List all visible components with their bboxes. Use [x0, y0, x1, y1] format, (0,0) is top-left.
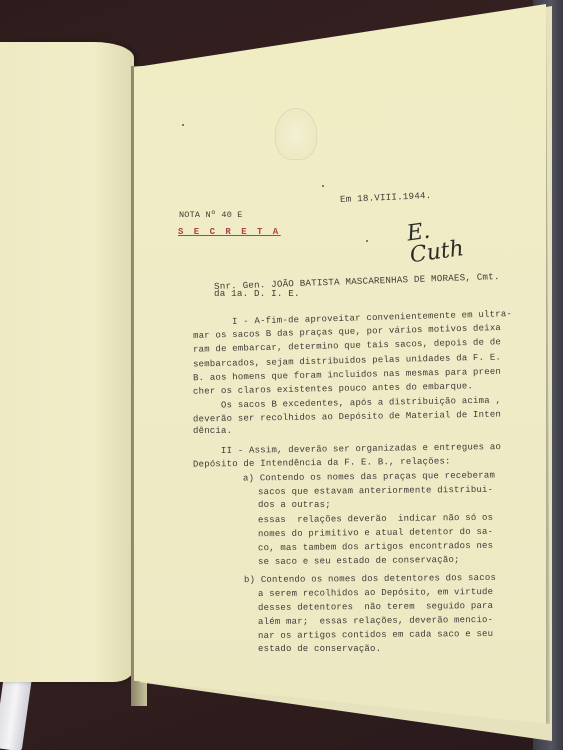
- item-b-line: a serem recolhidos ao Depósito, em virtu…: [258, 588, 493, 599]
- item-a-line: se saco e seu estado de conservação;: [258, 556, 460, 567]
- item-a-line: sacos que estavam anteriormente distribu…: [258, 486, 493, 497]
- paragraph-II-line: Depósito de Intendência da F. E. B., rel…: [193, 457, 451, 469]
- classification-stamp: S E C R E T A: [178, 228, 281, 237]
- item-b-line: b) Contendo os nomes dos detentores dos …: [244, 574, 496, 585]
- paragraph-I-line: deverão ser recolhidos ao Depósito de Ma…: [193, 411, 501, 425]
- item-a-line: dos a outras;: [258, 501, 331, 510]
- document-reference: NOTA Nº 40 E: [179, 211, 243, 220]
- item-b-line: desses detentores não terem seguido para: [258, 602, 493, 613]
- paragraph-II-line: II - Assim, deverão ser organizadas e en…: [221, 443, 501, 456]
- ink-speck: [366, 240, 368, 242]
- item-a-line: nomes do primitivo e atual detentor do s…: [258, 528, 493, 539]
- item-a-line: a) Contendo os nomes das praças que rece…: [243, 471, 495, 483]
- ink-speck: [322, 185, 324, 187]
- paragraph-I-line: dência.: [193, 427, 232, 436]
- handwritten-signature: E. Cuth: [406, 213, 491, 264]
- item-a-line: essas relações deverão indicar não só os: [258, 514, 493, 525]
- item-b-line: estado de conservação.: [258, 645, 381, 654]
- item-b-line: além mar; essas relações, deverão mencio…: [258, 616, 493, 627]
- paragraph-I-line: cher os claros existentes pouco antes do…: [193, 382, 473, 396]
- paragraph-I-line: ram de embarcar, determino que tais saco…: [193, 338, 501, 355]
- item-b-line: nar os artigos contidos em cada saco e s…: [258, 630, 493, 641]
- ink-speck: [182, 124, 184, 126]
- paragraph-I-line: Os sacos B excedentes, após a distribuiç…: [221, 397, 501, 411]
- document-date: Em 18.VIII.1944.: [340, 191, 432, 204]
- typewritten-document: Em 18.VIII.1944. NOTA Nº 40 E S E C R E …: [0, 0, 563, 750]
- addressee-line-2: da 1a. D. I. E.: [214, 289, 300, 298]
- item-a-line: co, mas tambem dos artigos encontrados n…: [258, 542, 493, 553]
